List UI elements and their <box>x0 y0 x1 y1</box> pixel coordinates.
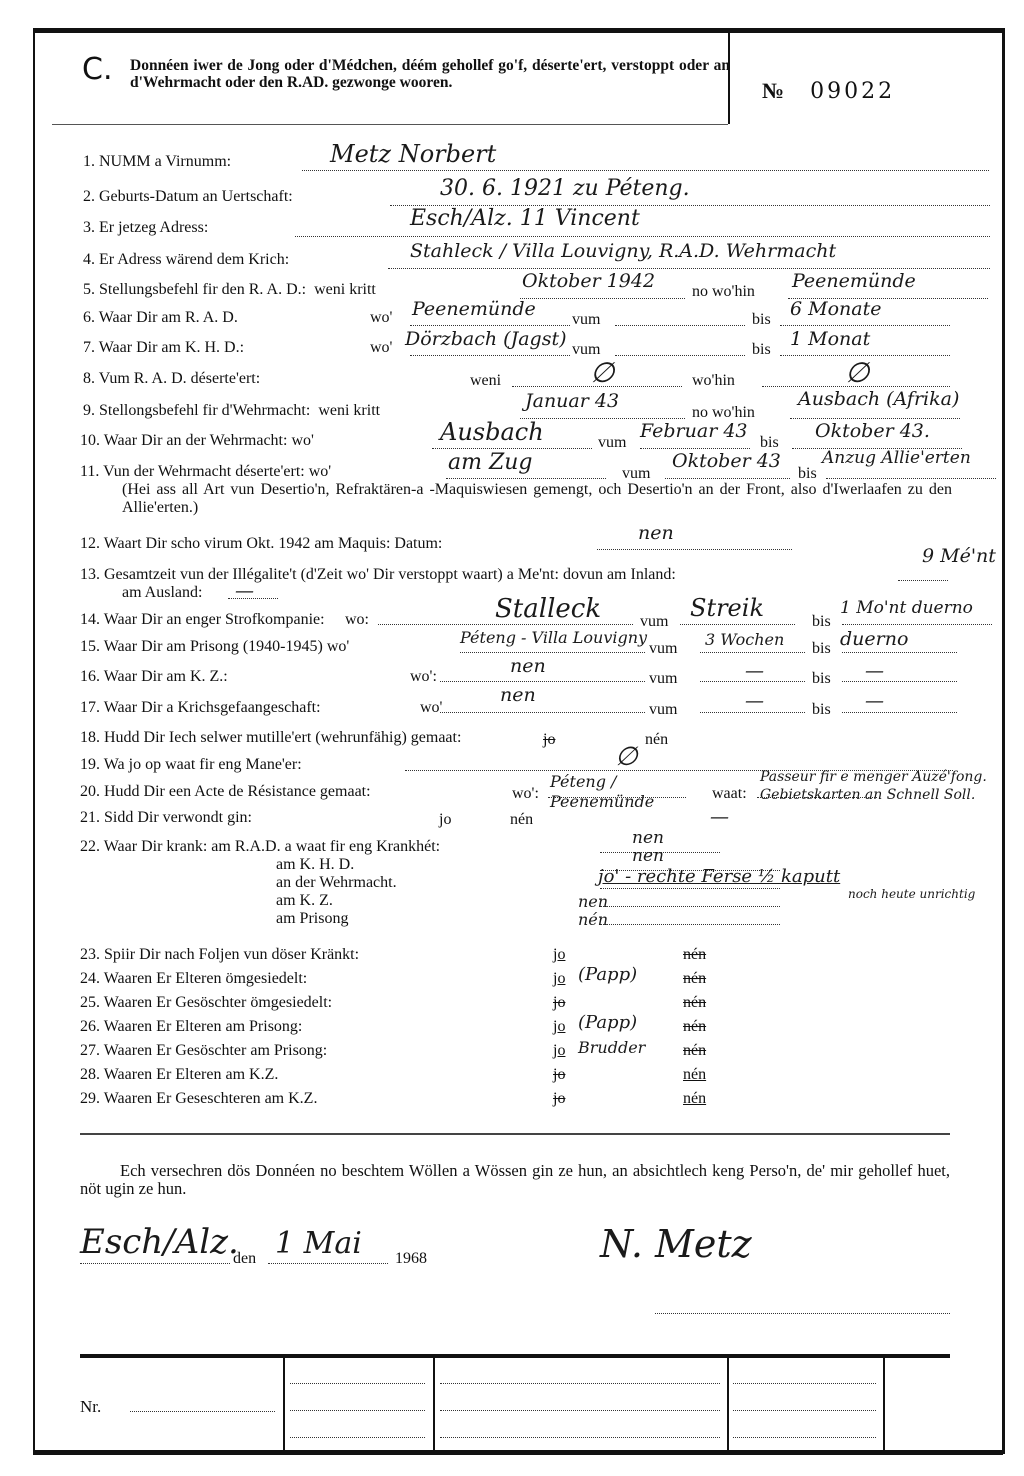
item-10: 10. Waar Dir an der Wehrmacht: wo' <box>80 432 314 450</box>
item-6: 6. Waar Dir am R. A. D. <box>83 309 238 327</box>
declaration-text: Ech versechren dös Donnéen no beschtem W… <box>80 1162 950 1198</box>
item-15: 15. Waar Dir am Prisong (1940-1945) wo' <box>80 638 349 656</box>
footer-col-3 <box>727 1357 729 1451</box>
item-22-sub-wehrmacht-answer[interactable]: jo' - rechte Ferse ½ kaputt <box>598 866 840 887</box>
item-6-bis-label: bis <box>752 311 771 329</box>
item-17-wo[interactable]: nen <box>500 684 536 706</box>
item-22-sub-prisong-line <box>600 924 780 925</box>
footer-c4-line-2[interactable] <box>733 1410 876 1411</box>
footer-col-2 <box>433 1357 435 1451</box>
item-3: 3. Er jetzeg Adress: <box>83 219 208 237</box>
item-16-bis[interactable]: — <box>865 660 884 682</box>
item-13-sub-label: am Ausland: <box>122 584 202 602</box>
item-1: 1. NUMM a Virnumm: <box>83 153 231 171</box>
item-3-answer[interactable]: Esch/Alz. 11 Vincent <box>410 206 640 231</box>
footer-c3-line-2[interactable] <box>440 1410 720 1411</box>
item-6-vum-label: vum <box>572 311 600 329</box>
top-border <box>33 28 1003 33</box>
item-15-vum[interactable]: 3 Wochen <box>705 630 784 649</box>
item-6-wo-label: wo' <box>370 309 392 327</box>
item-16: 16. Waar Dir am K. Z.: <box>80 668 228 686</box>
item-14-bis-line <box>842 624 992 625</box>
item-15-wo[interactable]: Péteng - Villa Louvigny <box>460 628 647 647</box>
item-11-bis-line <box>826 478 996 479</box>
item-28-nen-option[interactable]: nén <box>683 1066 706 1084</box>
item-7-wo[interactable]: Dörzbach (Jagst) <box>405 328 567 350</box>
item-15-vum-label: vum <box>649 640 677 658</box>
item-13-sub-answer[interactable]: — <box>235 580 254 602</box>
item-12-line <box>597 549 792 550</box>
item-5-weni-line <box>520 298 685 299</box>
item-7-bis-label: bis <box>752 341 771 359</box>
item-6-wo[interactable]: Peenemünde <box>412 298 536 320</box>
item-8-wohin[interactable]: ∅ <box>845 356 869 389</box>
item-2: 2. Geburts-Datum an Uertschaft: <box>83 188 293 206</box>
year-label: 1968 <box>395 1250 427 1268</box>
item-17-wo-label: wo' <box>420 699 442 717</box>
item-16-bis-label: bis <box>812 670 831 688</box>
number-sign: № <box>762 78 784 103</box>
item-2-answer[interactable]: 30. 6. 1921 zu Péteng. <box>440 176 690 201</box>
item-10-wo-line <box>432 448 592 449</box>
item-22-sub-khd-answer[interactable]: nen <box>632 846 664 866</box>
item-21-answer[interactable]: — <box>710 806 729 828</box>
item-22-sub-wehrmacht-line <box>600 888 780 889</box>
item-10-vum-label: vum <box>598 434 626 452</box>
item-15-bis-line <box>842 652 957 653</box>
date-line <box>268 1263 388 1264</box>
item-22-sub-wehrmacht-note: noch heute unrichtig <box>848 887 975 901</box>
item-5-wohin[interactable]: Peenemünde <box>792 270 916 292</box>
item-18: 18. Hudd Dir Iech selwer mutille'ert (we… <box>80 729 461 747</box>
item-26: 26. Waaren Er Elteren am Prisong: <box>80 1018 302 1036</box>
item-24-nen-option[interactable]: nén <box>683 970 706 988</box>
item-6-wo-line <box>410 325 570 326</box>
item-9-wohin[interactable]: Ausbach (Afrika) <box>798 388 959 410</box>
item-15-bis[interactable]: duerno <box>840 628 908 650</box>
item-16-wo-label: wo': <box>410 668 437 686</box>
date-answer[interactable]: 1 Mai <box>275 1226 362 1261</box>
item-9: 9. Stellongsbefehl fir d'Wehrmacht: weni… <box>83 402 380 420</box>
item-17-wo-line <box>440 712 645 713</box>
footer-c3-line-1[interactable] <box>440 1383 720 1384</box>
item-28-jo-option[interactable]: jo <box>553 1066 565 1084</box>
item-4-line <box>388 268 990 269</box>
item-22-answer[interactable]: nen <box>632 828 664 848</box>
footer-col-1 <box>283 1357 285 1451</box>
item-8-weni[interactable]: ∅ <box>590 356 614 389</box>
item-6-bis[interactable]: 6 Monate <box>790 298 881 320</box>
item-25-jo-option[interactable]: jo <box>553 994 565 1012</box>
signature-line <box>655 1313 950 1314</box>
item-22-sub-kz: am K. Z. <box>276 892 333 910</box>
place-line <box>80 1263 230 1264</box>
item-17-vum-label: vum <box>649 701 677 719</box>
item-27-note: Brudder <box>578 1038 645 1057</box>
place-answer[interactable]: Esch/Alz. <box>80 1222 239 1262</box>
item-27: 27. Waaren Er Gesöschter am Prisong: <box>80 1042 327 1060</box>
footer-col-4 <box>883 1357 885 1451</box>
den-label: den <box>233 1250 256 1268</box>
footer-c4-line-3[interactable] <box>733 1437 876 1438</box>
item-11: 11. Vun der Wehrmacht déserte'ert: wo' <box>80 463 331 481</box>
item-14-wo-line <box>378 624 633 625</box>
item-7-wo-line <box>410 355 570 356</box>
item-16-wo-line <box>440 681 645 682</box>
item-7: 7. Waar Dir am K. H. D.: <box>83 339 244 357</box>
item-29-nen-option[interactable]: nén <box>683 1090 706 1108</box>
item-7-bis[interactable]: 1 Monat <box>790 328 870 350</box>
item-1-line <box>302 170 989 171</box>
item-10-bis[interactable]: Oktober 43. <box>815 420 930 442</box>
item-14-vum-line <box>680 624 795 625</box>
item-9-weni-line <box>520 418 685 419</box>
item-21-jo-option[interactable]: jo <box>439 811 451 829</box>
item-3-line <box>295 236 990 237</box>
item-17: 17. Waar Dir a Krichsgefaangeschaft: <box>80 699 321 717</box>
item-26-nen-option[interactable]: nén <box>683 1018 706 1036</box>
footer-c2-line-3[interactable] <box>290 1437 425 1438</box>
item-19: 19. Wa jo op waat fir eng Mane'er: <box>80 756 302 774</box>
item-24: 24. Waaren Er Elteren ömgesiedelt: <box>80 970 307 988</box>
signature[interactable]: N. Metz <box>600 1222 752 1266</box>
item-25-nen-option[interactable]: nén <box>683 994 706 1012</box>
item-27-jo-option[interactable]: jo <box>553 1042 565 1060</box>
item-14-wo[interactable]: Stalleck <box>495 594 601 624</box>
item-8-weni-label: weni <box>470 372 501 390</box>
item-20-waat-label: waat: <box>712 785 747 803</box>
item-22-sub-kz-answer[interactable]: nen <box>578 892 608 911</box>
footer-nr-line[interactable] <box>130 1411 275 1412</box>
item-10-wo[interactable]: Ausbach <box>440 418 544 446</box>
item-21-nen-option[interactable]: nén <box>510 811 533 829</box>
item-17-bis-line <box>842 712 957 713</box>
item-9-wohin-line <box>790 418 960 419</box>
item-1-answer[interactable]: Metz Norbert <box>330 140 496 168</box>
item-18-nen-option[interactable]: nén <box>645 731 668 749</box>
item-13: 13. Gesamtzeit vun der Illégalite't (d'Z… <box>80 566 676 584</box>
item-23-nen-option[interactable]: nén <box>683 946 706 964</box>
footer-c3-line-3[interactable] <box>440 1437 720 1438</box>
item-20-waat[interactable]: Passeur fir e menger Auzé'fong. Gebietsk… <box>760 768 995 804</box>
item-15-vum-line <box>700 652 805 653</box>
item-22-sub-prisong-answer[interactable]: nén <box>578 910 608 929</box>
item-21: 21. Sidd Dir verwondt gin: <box>80 809 252 827</box>
item-16-vum-label: vum <box>649 670 677 688</box>
item-5-weni[interactable]: Oktober 1942 <box>522 270 655 292</box>
item-17-vum[interactable]: — <box>745 690 764 712</box>
item-12: 12. Waart Dir scho virum Okt. 1942 am Ma… <box>80 535 442 553</box>
footer-c2-line-2[interactable] <box>290 1410 425 1411</box>
bottom-border <box>33 1450 1003 1455</box>
item-5-wohin-label: no wo'hin <box>692 283 755 301</box>
item-19-answer[interactable]: ∅ <box>615 742 638 772</box>
item-13-answer[interactable]: 9 Mé'nt <box>922 545 996 567</box>
item-28: 28. Waaren Er Elteren am K.Z. <box>80 1066 278 1084</box>
item-11-note: (Hei ass all Art vun Desertio'n, Refrakt… <box>122 481 952 517</box>
section-letter: C. <box>82 52 112 87</box>
item-27-nen-option[interactable]: nén <box>683 1042 706 1060</box>
section-title: Donnéen iwer de Jong oder d'Médchen, déé… <box>130 57 730 91</box>
item-15-wo-line <box>460 652 645 653</box>
item-29: 29. Waaren Er Geseschteren am K.Z. <box>80 1090 317 1108</box>
item-6-vum-line <box>615 325 745 326</box>
item-8-wohin-label: wo'hin <box>692 372 735 390</box>
item-22-sub-kz-line <box>600 906 780 907</box>
item-16-wo[interactable]: nen <box>510 655 546 677</box>
item-5: 5. Stellungsbefehl fir den R. A. D.: wen… <box>83 281 376 299</box>
item-18-jo-option[interactable]: jo <box>543 731 555 749</box>
item-11-bis[interactable]: Anzug Allie'erten <box>822 448 971 468</box>
item-10-vum-line <box>640 448 750 449</box>
item-24-note: (Papp) <box>578 964 637 985</box>
item-7-vum-line <box>615 355 745 356</box>
item-23-jo-option[interactable]: jo <box>553 946 565 964</box>
item-26-note: (Papp) <box>578 1012 637 1033</box>
item-20: 20. Hudd Dir een Acte de Résistance gema… <box>80 783 371 801</box>
item-9-weni[interactable]: Januar 43 <box>525 390 619 412</box>
item-22: 22. Waar Dir krank: am R.A.D. a waat fir… <box>80 838 440 856</box>
item-14-wo-label: wo: <box>345 611 369 629</box>
item-22-sub-wehrmacht: an der Wehrmacht. <box>276 874 397 892</box>
item-4: 4. Er Adress wärend dem Krich: <box>83 251 289 269</box>
item-15-bis-label: bis <box>812 640 831 658</box>
item-14-bis-label: bis <box>812 613 831 631</box>
item-14-vum[interactable]: Streik <box>690 594 764 622</box>
item-4-answer[interactable]: Stahleck / Villa Louvigny, R.A.D. Wehrma… <box>410 240 836 262</box>
item-16-vum[interactable]: — <box>745 660 764 682</box>
item-6-bis-line <box>780 325 950 326</box>
item-16-bis-line <box>842 681 957 682</box>
item-12-answer[interactable]: nen <box>638 522 674 544</box>
item-17-bis[interactable]: — <box>865 690 884 712</box>
form-number: № 09022 <box>762 78 895 104</box>
footer-c2-line-1[interactable] <box>290 1383 425 1384</box>
item-11-wo[interactable]: am Zug <box>448 450 533 475</box>
item-22-sub-prisong: am Prisong <box>276 910 348 928</box>
item-20-wo[interactable]: Péteng / Peenemünde <box>550 772 690 812</box>
number-value: 09022 <box>810 79 895 104</box>
item-17-vum-line <box>700 712 805 713</box>
section-separator <box>80 1133 950 1135</box>
item-22-sub-khd: am K. H. D. <box>276 856 354 874</box>
item-7-wo-label: wo' <box>370 339 392 357</box>
item-17-bis-label: bis <box>812 701 831 719</box>
item-24-jo-option[interactable]: jo <box>553 970 565 988</box>
item-11-vum-line <box>665 478 790 479</box>
item-8: 8. Vum R. A. D. déserte'ert: <box>83 370 260 388</box>
item-14: 14. Waar Dir an enger Strofkompanie: <box>80 611 325 629</box>
item-25: 25. Waaren Er Gesöschter ömgesiedelt: <box>80 994 332 1012</box>
header-underline <box>52 124 728 125</box>
item-13-line <box>898 580 948 581</box>
footer-c4-line-1[interactable] <box>733 1383 876 1384</box>
item-14-bis[interactable]: 1 Mo'nt duerno <box>840 598 973 618</box>
item-11-vum[interactable]: Oktober 43 <box>672 450 781 472</box>
item-10-vum[interactable]: Februar 43 <box>640 420 748 442</box>
item-29-jo-option[interactable]: jo <box>553 1090 565 1108</box>
item-23: 23. Spiir Dir nach Foljen vun döser Krän… <box>80 946 359 964</box>
item-26-jo-option[interactable]: jo <box>553 1018 565 1036</box>
footer-top-rule <box>80 1354 950 1358</box>
item-11-wo-line <box>446 478 606 479</box>
item-20-wo-label: wo': <box>512 785 539 803</box>
footer-nr-label: Nr. <box>80 1398 101 1416</box>
